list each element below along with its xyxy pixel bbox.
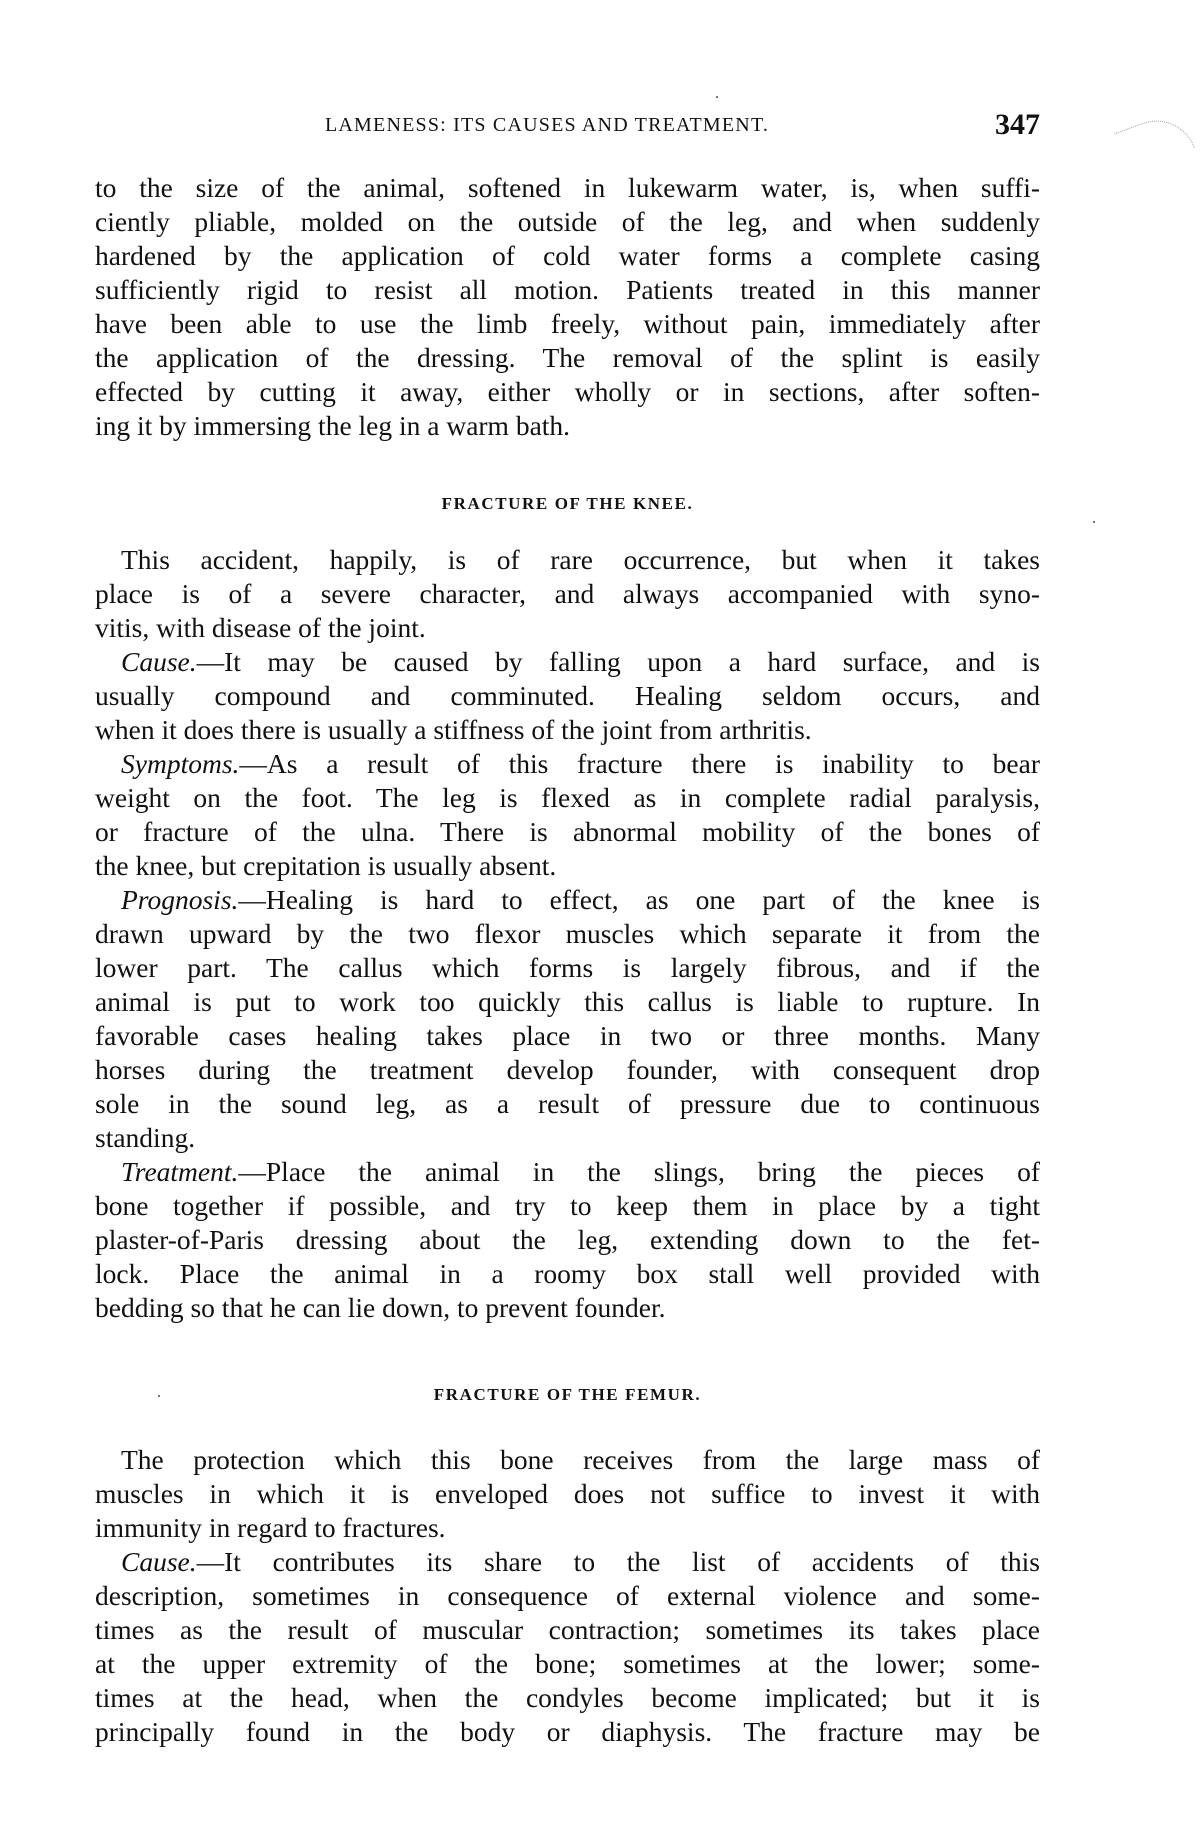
text-line: drawn upward by the two flexor muscles w… [95, 917, 1040, 951]
text-line: The protection which this bone receives … [95, 1443, 1040, 1477]
text-line: principally found in the body or diaphys… [95, 1715, 1040, 1749]
text-line: lower part. The callus which forms is la… [95, 951, 1040, 985]
text-line: to the size of the animal, softened in l… [95, 171, 1040, 205]
page-number: 347 [995, 108, 1040, 142]
text-line: effected by cutting it away, either whol… [95, 375, 1040, 409]
text-line: hardened by the application of cold wate… [95, 239, 1040, 273]
knee-cause-paragraph: Cause.—It may be caused by falling upon … [95, 645, 1040, 747]
section-heading-femur: FRACTURE OF THE FEMUR. [95, 1385, 1040, 1405]
text-line: muscles in which it is enveloped does no… [95, 1477, 1040, 1511]
text-line: the knee, but crepitation is usually abs… [95, 849, 1040, 883]
knee-prognosis-paragraph: Prognosis.—Healing is hard to effect, as… [95, 883, 1040, 1155]
running-title: LAMENESS: ITS CAUSES AND TREATMENT. [325, 114, 769, 137]
text-line: weight on the foot. The leg is flexed as… [95, 781, 1040, 815]
text-line: immunity in regard to fractures. [95, 1511, 1040, 1545]
text-line: times at the head, when the condyles bec… [95, 1681, 1040, 1715]
text-line: at the upper extremity of the bone; some… [95, 1647, 1040, 1681]
text-line: the application of the dressing. The rem… [95, 341, 1040, 375]
text-run: —As a result of this fracture there is i… [239, 748, 1040, 779]
text-line: description, sometimes in consequence of… [95, 1579, 1040, 1613]
paragraph-lead: Cause. [121, 1546, 197, 1577]
paragraph-lead: Cause. [121, 646, 197, 677]
knee-treatment-paragraph: Treatment.—Place the animal in the sling… [95, 1155, 1040, 1325]
femur-cause-paragraph: Cause.—It contributes its share to the l… [95, 1545, 1040, 1749]
text-line: Prognosis.—Healing is hard to effect, as… [95, 883, 1040, 917]
text-line: horses during the treatment develop foun… [95, 1053, 1040, 1087]
text-line: times as the result of muscular contract… [95, 1613, 1040, 1647]
knee-symptoms-paragraph: Symptoms.—As a result of this fracture t… [95, 747, 1040, 883]
section-heading-knee: FRACTURE OF THE KNEE. [95, 494, 1040, 514]
knee-section: This accident, happily, is of rare occur… [95, 543, 1040, 1325]
paragraph-lead: Symptoms. [121, 748, 239, 779]
text-line: have been able to use the limb freely, w… [95, 307, 1040, 341]
scan-speck [1093, 521, 1095, 523]
text-line: Treatment.—Place the animal in the sling… [95, 1155, 1040, 1189]
text-line: usually compound and comminuted. Healing… [95, 679, 1040, 713]
text-line: ciently pliable, molded on the outside o… [95, 205, 1040, 239]
book-page: LAMENESS: ITS CAUSES AND TREATMENT. 347 … [0, 0, 1200, 1829]
text-line: Cause.—It contributes its share to the l… [95, 1545, 1040, 1579]
text-line: Cause.—It may be caused by falling upon … [95, 645, 1040, 679]
text-line: sufficiently rigid to resist all motion.… [95, 273, 1040, 307]
text-line: place is of a severe character, and alwa… [95, 577, 1040, 611]
text-line: sole in the sound leg, as a result of pr… [95, 1087, 1040, 1121]
continuation-paragraph: to the size of the animal, softened in l… [95, 171, 1040, 443]
text-line: or fracture of the ulna. There is abnorm… [95, 815, 1040, 849]
paragraph-lead: Prognosis. [121, 884, 238, 915]
text-line: Symptoms.—As a result of this fracture t… [95, 747, 1040, 781]
text-line: bedding so that he can lie down, to prev… [95, 1291, 1040, 1325]
femur-section: The protection which this bone receives … [95, 1443, 1040, 1749]
text-line: when it does there is usually a stiffnes… [95, 713, 1040, 747]
text-run: —It contributes its share to the list of… [197, 1546, 1040, 1577]
text-line: plaster-of-Paris dressing about the leg,… [95, 1223, 1040, 1257]
femur-intro-paragraph: The protection which this bone receives … [95, 1443, 1040, 1545]
scan-speck [716, 96, 718, 98]
text-line: bone together if possible, and try to ke… [95, 1189, 1040, 1223]
text-run: —Place the animal in the slings, bring t… [238, 1156, 1040, 1187]
paragraph-lead: Treatment. [121, 1156, 238, 1187]
text-line: This accident, happily, is of rare occur… [95, 543, 1040, 577]
running-head: LAMENESS: ITS CAUSES AND TREATMENT. 347 [95, 108, 1040, 144]
text-line: standing. [95, 1121, 1040, 1155]
text-line: animal is put to work too quickly this c… [95, 985, 1040, 1019]
text-line: vitis, with disease of the joint. [95, 611, 1040, 645]
text-line: ing it by immersing the leg in a warm ba… [95, 409, 1040, 443]
text-line: lock. Place the animal in a roomy box st… [95, 1257, 1040, 1291]
knee-intro-paragraph: This accident, happily, is of rare occur… [95, 543, 1040, 645]
text-line: favorable cases healing takes place in t… [95, 1019, 1040, 1053]
scan-artifact-arc [1114, 109, 1195, 172]
text-run: —It may be caused by falling upon a hard… [197, 646, 1040, 677]
text-run: —Healing is hard to effect, as one part … [238, 884, 1040, 915]
